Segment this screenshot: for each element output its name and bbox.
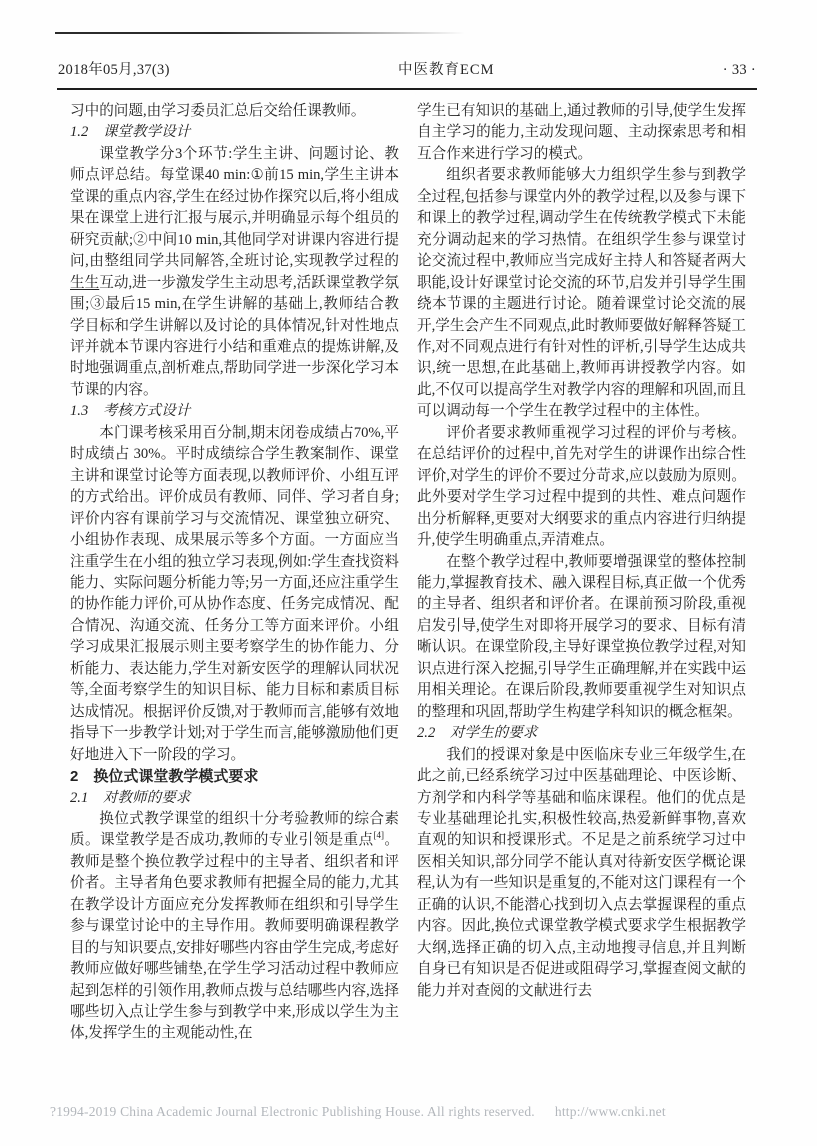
paragraph: 习中的问题,由学习委员汇总后交给任课教师。: [70, 101, 399, 122]
paragraph: 本门课考核采用百分制,期末闭卷成绩占70%,平时成绩占 30%。平时成绩综合学生…: [70, 423, 399, 766]
page-header: 2018年05月,37(3) 中医教育ECM · 33 ·: [58, 58, 756, 79]
footer-url: http://www.cnki.net: [555, 1104, 666, 1119]
section-heading-2: 2 换位式课堂教学模式要求: [70, 766, 399, 787]
section-heading-1-2: 1.2 课堂教学设计: [70, 122, 399, 143]
section-heading-1-3: 1.3 考核方式设计: [70, 401, 399, 422]
top-scan-rule: [55, 32, 465, 34]
section-heading-2-1: 2.1 对教师的要求: [70, 788, 399, 809]
paragraph: 我们的授课对象是中医临床专业三年级学生,在此之前,已经系统学习过中医基础理论、中…: [417, 745, 746, 1002]
column-left: 习中的问题,由学习委员汇总后交给任课教师。 1.2 课堂教学设计 课堂教学分3个…: [70, 101, 399, 1045]
page-number: · 33 ·: [723, 62, 756, 79]
paragraph: 在整个教学过程中,教师要增强课堂的整体控制能力,掌握教育技术、融入课程目标,真正…: [417, 552, 746, 724]
footer-copyright-bar: ?1994-2019 China Academic Journal Electr…: [50, 1104, 790, 1120]
section-heading-2-2: 2.2 对学生的要求: [417, 723, 746, 744]
journal-title: 中医教育ECM: [398, 58, 494, 79]
paragraph: 换位式教学课堂的组织十分考验教师的综合素质。课堂教学是否成功,教师的专业引领是重…: [70, 809, 399, 1045]
header-rule: [57, 88, 757, 90]
article-body: 习中的问题,由学习委员汇总后交给任课教师。 1.2 课堂教学设计 课堂教学分3个…: [70, 101, 746, 1045]
paragraph: 评价者要求教师重视学习过程的评价与考核。在总结评价的过程中,首先对学生的讲课作出…: [417, 423, 746, 552]
journal-page: 2018年05月,37(3) 中医教育ECM · 33 · 习中的问题,由学习委…: [0, 0, 817, 1146]
journal-issue: 2018年05月,37(3): [58, 58, 170, 79]
paragraph: 组织者要求教师能够大力组织学生参与到教学全过程,包括参与课堂内外的教学过程,以及…: [417, 165, 746, 422]
footer-copyright: ?1994-2019 China Academic Journal Electr…: [50, 1104, 535, 1119]
paragraph: 课堂教学分3个环节:学生主讲、问题讨论、教师点评总结。每堂课40 min:①前1…: [70, 144, 399, 401]
column-right: 学生已有知识的基础上,通过教师的引导,使学生发挥自主学习的能力,主动发现问题、主…: [417, 101, 746, 1045]
paragraph: 学生已有知识的基础上,通过教师的引导,使学生发挥自主学习的能力,主动发现问题、主…: [417, 101, 746, 165]
